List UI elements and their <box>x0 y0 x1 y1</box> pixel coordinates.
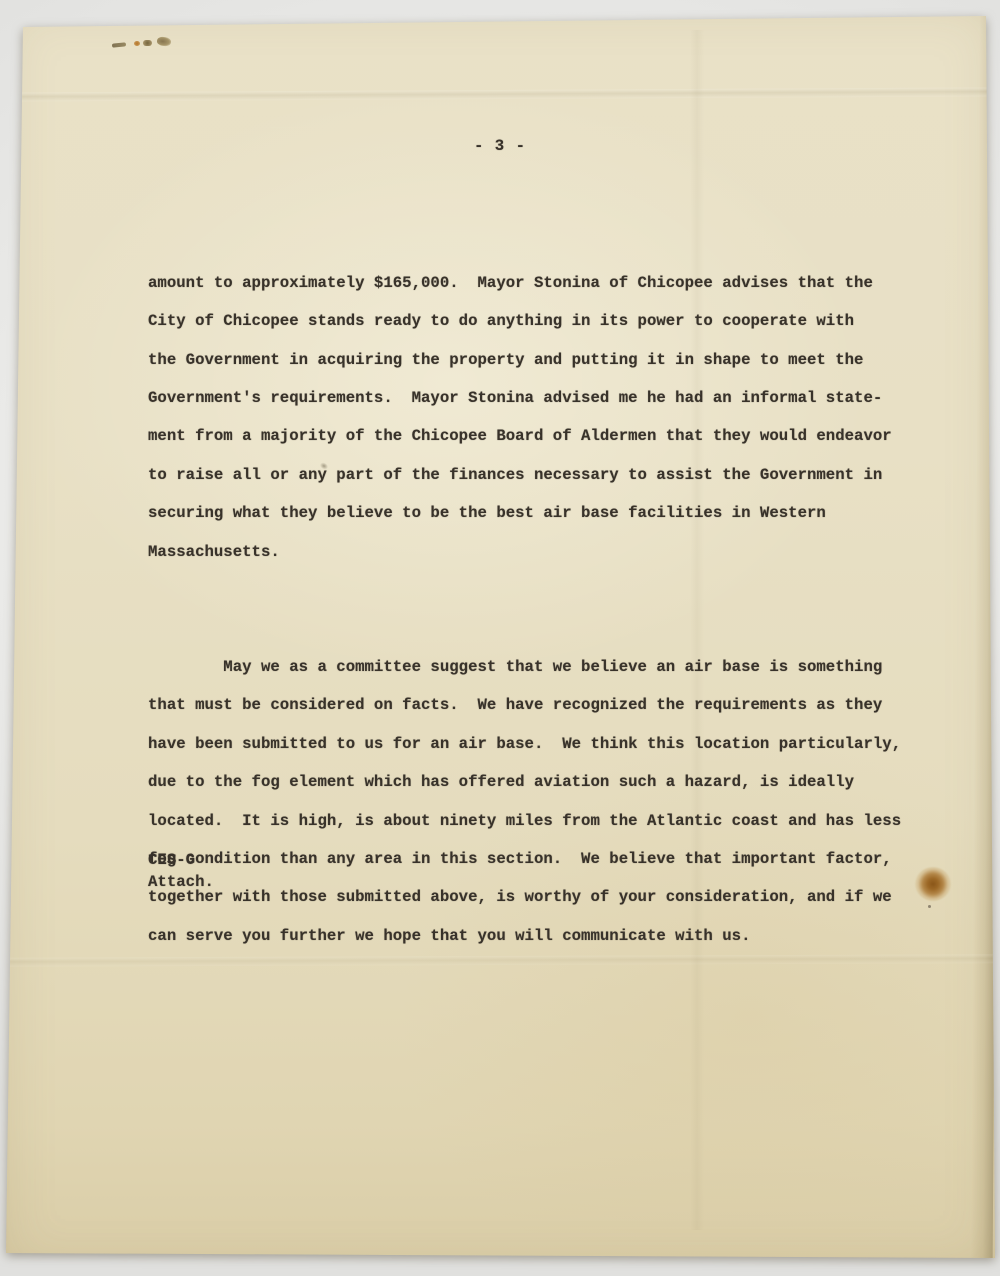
staple-rust-mark <box>112 42 126 47</box>
scanner-backdrop: - 3 - amount to approximately $165,000. … <box>0 0 1000 1276</box>
letter-body: amount to approximately $165,000. Mayor … <box>148 187 901 1032</box>
paragraph-1: amount to approximately $165,000. Mayor … <box>148 264 901 571</box>
staple-rust-mark <box>134 41 140 46</box>
paper-shadow: - 3 - amount to approximately $165,000. … <box>0 0 1000 1276</box>
staple-rust-mark <box>143 40 152 46</box>
rust-stain <box>915 867 951 901</box>
staple-rust-mark <box>157 36 172 47</box>
underlying-sheet-edge <box>971 10 1000 1260</box>
paragraph-2: May we as a committee suggest that we be… <box>148 648 901 955</box>
paper-speck <box>928 905 931 908</box>
document-page: - 3 - amount to approximately $165,000. … <box>0 0 1000 1276</box>
page-number: - 3 - <box>0 134 1000 158</box>
typist-initials-block: CES-G Attach. <box>148 849 214 894</box>
fold-crease-top <box>0 87 1000 101</box>
